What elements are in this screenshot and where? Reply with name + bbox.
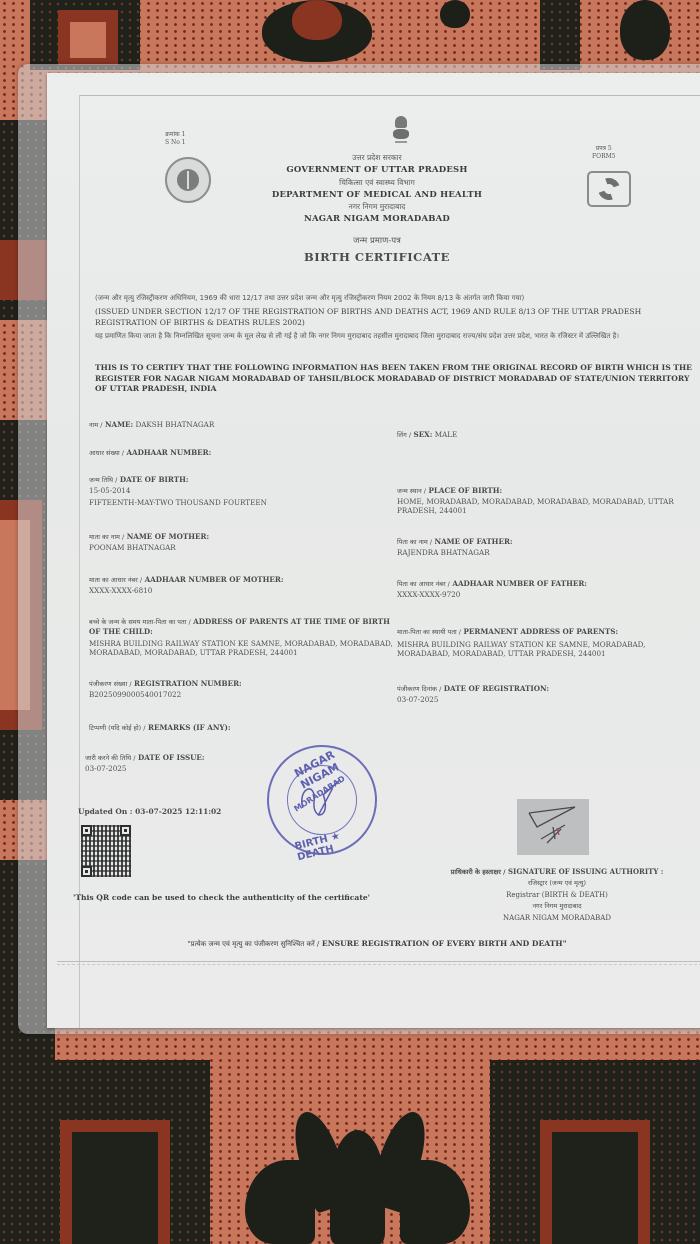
address-at-birth: MISHRA BUILDING RAILWAY STATION KE SAMNE… (89, 639, 399, 657)
father-aadhaar-field: पिता का आधार नंबर / AADHAAR NUMBER OF FA… (397, 579, 697, 600)
permanent-address-field: माता-पिता का स्थायी पता / PERMANENT ADDR… (397, 627, 697, 658)
certify-text-hi: यह प्रमाणित किया जाता है कि निम्नलिखित स… (95, 331, 695, 342)
serial-number: क्रमांक 1 S No 1 (165, 131, 186, 147)
registration-date-field: पंजीकरण दिनांक / DATE OF REGISTRATION: 0… (397, 684, 697, 705)
dob-field: जन्म तिथि / DATE OF BIRTH: 15-05-2014 FI… (89, 475, 389, 509)
issued-under-hi: (जन्म और मृत्यु रजिस्ट्रीकरण अधिनियम, 19… (95, 293, 700, 304)
govt-name: GOVERNMENT OF UTTAR PRADESH (47, 165, 700, 175)
registration-number-field: पंजीकरण संख्या / REGISTRATION NUMBER: B2… (89, 679, 389, 700)
place-of-birth-value: HOME, MORADABAD, MORADABAD, MORADABAD, M… (397, 497, 677, 515)
registrar-title-hi: रजिस्ट्रार (जन्म एवं मृत्यु) (407, 878, 700, 889)
signature-image (517, 799, 589, 855)
child-sex: MALE (432, 430, 457, 439)
updated-on: Updated On : 03-07-2025 12:11:02 (78, 807, 221, 816)
issued-under-text: (ISSUED UNDER SECTION 12/17 OF THE REGIS… (95, 307, 695, 328)
signature-scribble-icon (291, 771, 357, 829)
permanent-address: MISHRA BUILDING RAILWAY STATION KE SAMNE… (397, 640, 697, 658)
registrar-title: Registrar (BIRTH & DEATH) (407, 890, 700, 901)
department-name: DEPARTMENT OF MEDICAL AND HEALTH (47, 190, 700, 200)
child-name: DAKSH BHATNAGAR (133, 420, 214, 429)
border-line (79, 95, 700, 96)
remarks-field: टिप्पणी (यदि कोई हो) / REMARKS (IF ANY): (89, 723, 389, 734)
mother-name: POONAM BHATNAGAR (89, 543, 389, 554)
sex-field: लिंग / SEX: MALE (397, 430, 697, 441)
mother-aadhaar: XXXX-XXXX-6810 (89, 586, 389, 597)
issue-date: 03-07-2025 (85, 764, 285, 775)
authority-name-hi: नगर निगम मुरादाबाद (407, 901, 700, 912)
serial-number-hi: क्रमांक 1 (165, 131, 186, 139)
dob-value: 15-05-2014 (89, 486, 389, 497)
signature-icon (517, 799, 589, 855)
qr-code[interactable] (81, 825, 131, 877)
form-number-hi: प्रपत्र 5 (592, 145, 616, 153)
certify-text: THIS IS TO CERTIFY THAT THE FOLLOWING IN… (95, 363, 695, 395)
govt-name-hi: उत्तर प्रदेश सरकार (47, 153, 700, 163)
place-of-birth-field: जन्म स्थान / PLACE OF BIRTH: HOME, MORAD… (397, 486, 677, 515)
department-hi: चिकित्सा एवं स्वास्थ्य विभाग (47, 178, 700, 188)
father-name-field: पिता का नाम / NAME OF FATHER: RAJENDRA B… (397, 537, 697, 558)
registration-date: 03-07-2025 (397, 695, 697, 706)
dob-words: FIFTEENTH-MAY-TWO THOUSAND FOURTEEN (89, 498, 389, 509)
issuing-authority: प्राधिकारी के हस्ताक्षर / SIGNATURE OF I… (407, 866, 700, 924)
father-name: RAJENDRA BHATNAGAR (397, 548, 697, 559)
issue-date-field: जारी करने की तिथि / DATE OF ISSUE: 03-07… (85, 753, 285, 774)
name-field: नाम / NAME: DAKSH BHATNAGAR (89, 420, 389, 431)
mother-name-field: माता का नाम / NAME OF MOTHER: POONAM BHA… (89, 532, 389, 553)
municipal-body-name: NAGAR NIGAM MORADABAD (47, 214, 700, 224)
certificate-title-hi: जन्म प्रमाण-पत्र (47, 235, 700, 246)
aadhaar-field: आधार संख्या / AADHAAR NUMBER: (89, 448, 389, 459)
mother-aadhaar-field: माता का आधार नंबर / AADHAAR NUMBER OF MO… (89, 575, 389, 596)
state-emblem-icon (391, 116, 411, 146)
municipal-body-hi: नगर निगम मुरादाबाद (47, 202, 700, 212)
registration-number: B2025099000540017022 (89, 690, 389, 701)
footer-divider (57, 961, 700, 962)
serial-number-en: S No 1 (165, 139, 186, 147)
certificate-title: BIRTH CERTIFICATE (47, 250, 700, 264)
footer-divider (57, 964, 700, 965)
footer-slogan: "प्रत्येक जन्म एवं मृत्यु का पंजीकरण सुन… (47, 939, 700, 949)
qr-note: 'This QR code can be used to check the a… (73, 893, 373, 904)
authority-name: NAGAR NIGAM MORADABAD (407, 913, 700, 924)
address-at-birth-field: बच्चे के जन्म के समय माता-पिता का पता / … (89, 617, 399, 657)
father-aadhaar: XXXX-XXXX-9720 (397, 590, 697, 601)
birth-certificate: क्रमांक 1 S No 1 प्रपत्र 5 FORM5 उत्तर प… (47, 73, 700, 1028)
